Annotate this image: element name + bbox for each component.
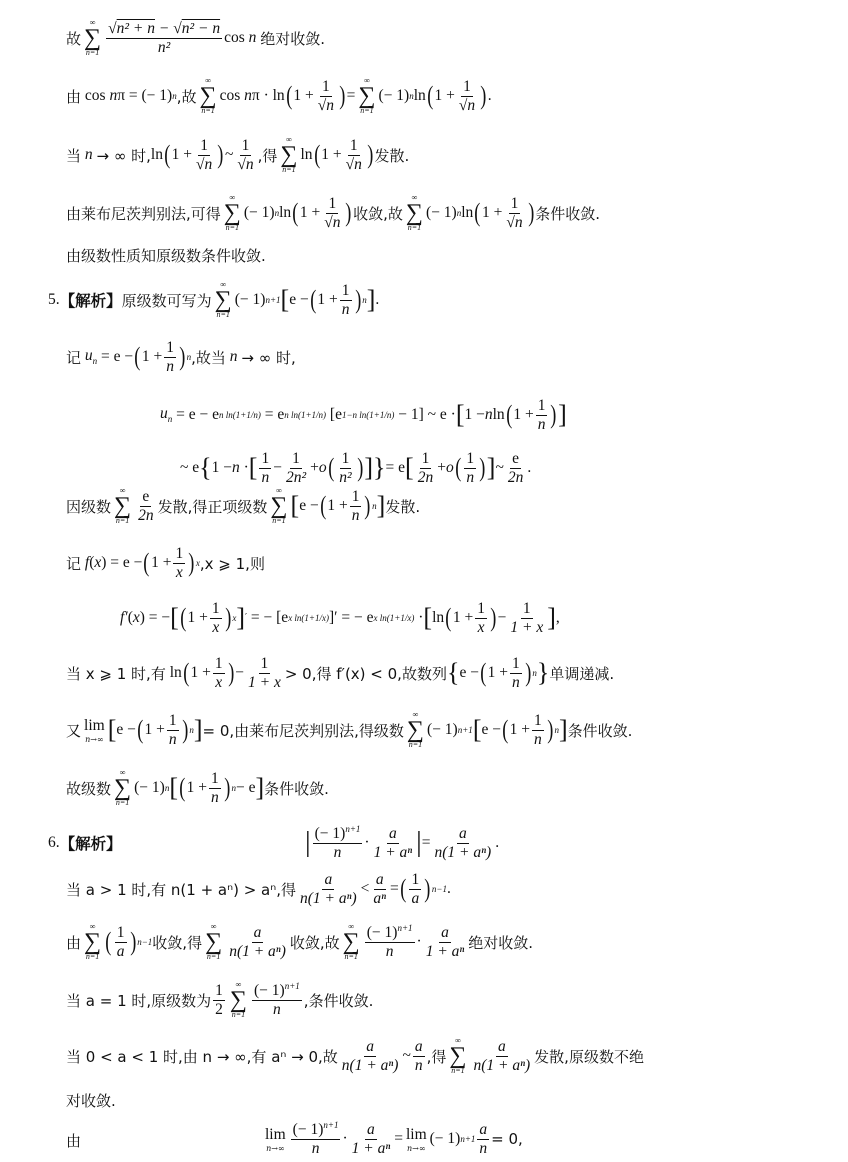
fraction: 1x	[475, 600, 487, 637]
fraction: 1√n	[457, 78, 477, 115]
sum-symbol: ∞∑n=1	[114, 487, 131, 526]
limit-symbol: limn→∞	[84, 717, 105, 744]
text-line-20: 当 0 < a < 1 时,由 n → ∞,有 aⁿ → 0,故 an(1 + …	[66, 1028, 644, 1084]
sum-symbol: ∞∑n=1	[199, 77, 216, 116]
fraction: 1√n	[316, 78, 336, 115]
sum-symbol: ∞∑n=1	[270, 487, 287, 526]
fraction: 1√n	[194, 137, 214, 174]
sum-symbol: ∞∑n=1	[406, 194, 423, 233]
fraction: an(1 + aⁿ)	[227, 924, 288, 961]
text-line-7: 记 un = e − (1 + 1n )n ,故当 n → ∞ 时,	[66, 332, 296, 382]
fraction: (− 1)n+1n	[252, 981, 302, 1019]
text-line-1: 故 ∞∑n=1 √n² + n − √n² − nn² cos n 绝对收敛.	[66, 10, 325, 66]
text-line-4: 由莱布尼茨判别法,可得 ∞∑n=1 (− 1)nln (1 + 1√n ) 收敛…	[66, 185, 600, 241]
fraction: an(1 + aⁿ)	[340, 1038, 401, 1075]
fraction: 1n	[164, 339, 176, 376]
text-line-17: 当 a > 1 时,有 n(1 + aⁿ) > aⁿ,得 an(1 + aⁿ) …	[66, 866, 451, 912]
fraction: 1n	[536, 397, 548, 434]
fraction: 1√n	[504, 195, 524, 232]
text-line-11: 记 f(x) = e − (1 + 1x )x ,x ⩾ 1,则	[66, 538, 265, 588]
fraction: an	[413, 1038, 425, 1075]
sum-symbol: ∞∑n=1	[449, 1037, 466, 1076]
fraction: a1 + aⁿ	[424, 924, 467, 961]
text-line-13: 当 x ⩾ 1 时,有 ln(1 + 1x )− 11 + x > 0,得 f′…	[66, 648, 614, 698]
text-line-10: 因级数 ∞∑n=1 e2n 发散,得正项级数 ∞∑n=1 [e −(1 + 1n…	[66, 478, 420, 534]
fraction: an(1 + aⁿ)	[298, 871, 359, 908]
sum-symbol: ∞∑n=1	[280, 136, 297, 175]
fraction: e2n	[136, 488, 156, 525]
fraction: 1a	[409, 871, 421, 908]
equation-line-16: | (− 1)n+1n · a1 + aⁿ | = an(1 + aⁿ).	[305, 820, 499, 866]
limit-symbol: limn→∞	[265, 1126, 286, 1153]
fraction: 1√n	[235, 137, 255, 174]
text-line-19: 当 a = 1 时,原级数为 12 ∞∑n=1 (− 1)n+1n ,条件收敛.	[66, 972, 373, 1028]
text-line-21: 对收敛.	[66, 1085, 116, 1115]
fraction: a1 + aⁿ	[372, 825, 415, 862]
equation-line-12: f′(x) = − [(1 + 1x )x]′ = − [ex ln(1+1/x…	[120, 592, 560, 644]
limit-symbol: limn→∞	[406, 1126, 427, 1153]
fraction: 1n	[532, 712, 544, 749]
fraction: a1 + aⁿ	[350, 1121, 393, 1158]
fraction: 12	[213, 982, 225, 1019]
fraction: 1a	[115, 924, 127, 961]
problem-6-heading: 6. 【解析】	[48, 820, 122, 866]
sum-symbol: ∞∑n=1	[407, 711, 424, 750]
text-line-2: 由 cos nπ = (− 1)n ,故 ∞∑n=1 cos nπ · ln (…	[66, 68, 492, 124]
equation-line-22: limn→∞ (− 1)n+1n · a1 + aⁿ = limn→∞ (− 1…	[262, 1116, 523, 1162]
text-line-22: 由	[66, 1118, 81, 1162]
fraction: (− 1)n+1n	[291, 1120, 341, 1158]
text-line-15: 故级数 ∞∑n=1 (− 1)n [(1 + 1n )n− e] 条件收敛.	[66, 760, 329, 816]
fraction: 1x	[213, 655, 225, 692]
fraction: aaⁿ	[371, 871, 388, 908]
text-line-18: 由 ∞∑n=1 ( 1a )n−1 收敛,得 ∞∑n=1 an(1 + aⁿ) …	[66, 914, 533, 970]
fraction: an	[477, 1121, 489, 1158]
sum-symbol: ∞∑n=1	[84, 19, 101, 58]
fraction: (− 1)n+1n	[313, 824, 363, 862]
sum-symbol: ∞∑n=1	[358, 77, 375, 116]
fraction: 1n	[167, 712, 179, 749]
fraction: 1n	[209, 770, 221, 807]
text-line-5: 由级数性质知原级数条件收敛.	[66, 240, 266, 270]
fraction: 1n	[340, 282, 352, 319]
fraction: 11 + x	[246, 655, 283, 692]
sum-symbol: ∞∑n=1	[205, 923, 222, 962]
sum-symbol: ∞∑n=1	[114, 769, 131, 808]
fraction: 1√n	[322, 195, 342, 232]
fraction: 1x	[210, 600, 222, 637]
fraction: an(1 + aⁿ)	[472, 1038, 533, 1075]
fraction: 11 + x	[508, 600, 545, 637]
problem-5-heading: 5. 【解析】 原级数可写为 ∞∑n=1 (− 1)n+1 [e −(1 + 1…	[48, 272, 379, 328]
sum-symbol: ∞∑n=1	[224, 194, 241, 233]
sum-symbol: ∞∑n=1	[215, 281, 232, 320]
fraction: 1n	[510, 655, 522, 692]
sum-symbol: ∞∑n=1	[230, 981, 247, 1020]
fraction: an(1 + aⁿ)	[433, 825, 494, 862]
fraction: (− 1)n+1n	[365, 923, 415, 961]
fraction: 1n	[464, 450, 476, 487]
fraction: 1√n	[344, 137, 364, 174]
sum-symbol: ∞∑n=1	[343, 923, 360, 962]
fraction: √n² + n − √n² − nn²	[106, 20, 222, 57]
text-line-3: 当 n → ∞ 时, ln(1 + 1√n )~ 1√n ,得 ∞∑n=1 ln…	[66, 127, 409, 183]
fraction: 1x	[173, 545, 185, 582]
text-line-14: 又 limn→∞ [e −(1 + 1n )n] = 0,由莱布尼茨判别法,得级…	[66, 700, 632, 760]
fraction: e2n	[506, 450, 526, 487]
sum-symbol: ∞∑n=1	[84, 923, 101, 962]
equation-line-8: un = e − en ln(1+1/n) = en ln(1+1/n) [e1…	[160, 390, 567, 440]
fraction: 1n	[350, 488, 362, 525]
